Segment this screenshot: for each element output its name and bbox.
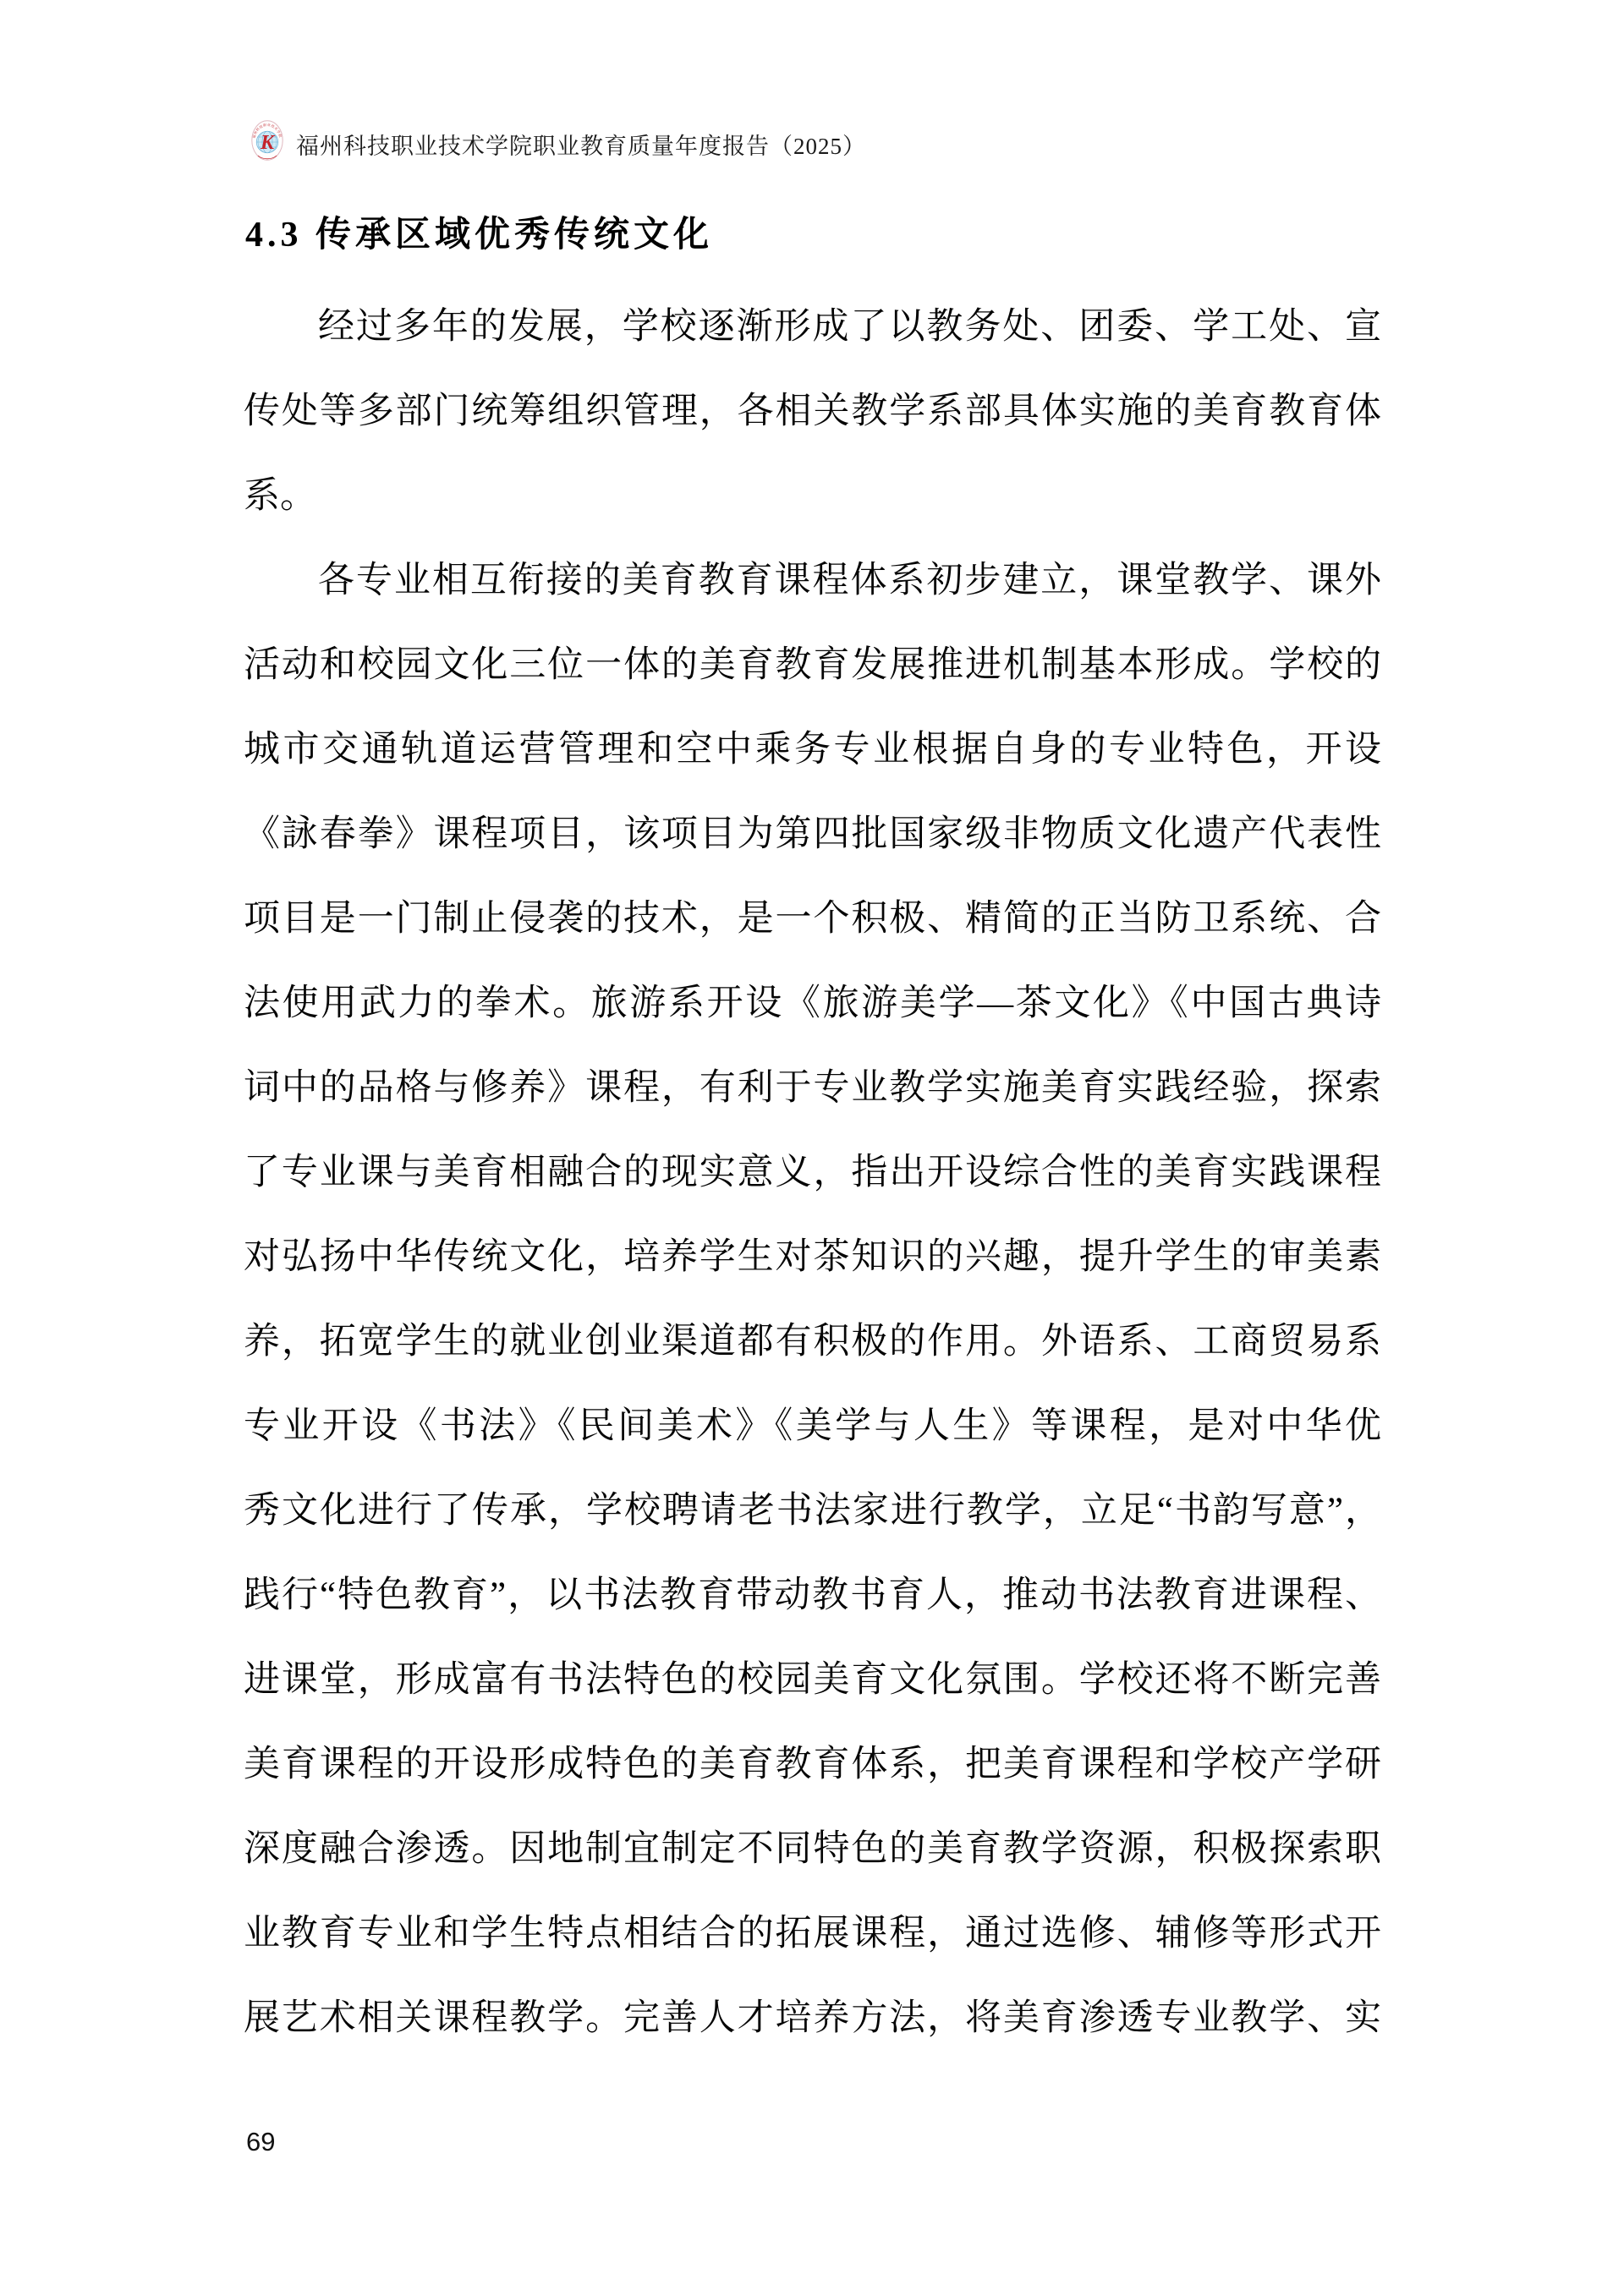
text-line: 展艺术相关课程教学。完善人才培养方法，将美育渗透专业教学、实 <box>244 1976 1381 2061</box>
page-header: 福州科技职业技术学院 K 福州科技职业技术学院职业教育质量年度报告（2025） <box>251 120 866 161</box>
document-page: 福州科技职业技术学院 K 福州科技职业技术学院职业教育质量年度报告（2025） … <box>0 0 1624 2296</box>
text-line: 秀文化进行了传承，学校聘请老书法家进行教学，立足“书韵写意”， <box>244 1469 1381 1553</box>
text-line: 项目是一门制止侵袭的技术，是一个积极、精简的正当防卫系统、合 <box>244 877 1381 962</box>
header-title: 福州科技职业技术学院职业教育质量年度报告（2025） <box>296 133 866 160</box>
text-line: 法使用武力的拳术。旅游系开设《旅游美学—茶文化》《中国古典诗 <box>244 962 1381 1046</box>
text-line: 深度融合渗透。因地制宜制定不同特色的美育教学资源，积极探索职 <box>244 1807 1381 1892</box>
text-line: 城市交通轨道运营管理和空中乘务专业根据自身的专业特色，开设 <box>244 708 1381 792</box>
text-line: 业教育专业和学生特点相结合的拓展课程，通过选修、辅修等形式开 <box>244 1892 1381 1976</box>
text-line: 经过多年的发展，学校逐渐形成了以教务处、团委、学工处、宣 <box>244 285 1381 370</box>
logo-k-letter: K <box>260 132 276 154</box>
text-line: 了专业课与美育相融合的现实意义，指出开设综合性的美育实践课程 <box>244 1131 1381 1215</box>
section-heading: 4.3 传承区域优秀传统文化 <box>245 215 713 255</box>
school-logo: 福州科技职业技术学院 K <box>251 120 283 161</box>
text-line: 专业开设《书法》《民间美术》《美学与人生》等课程，是对中华优 <box>244 1384 1381 1469</box>
text-line: 词中的品格与修养》课程，有利于专业教学实施美育实践经验，探索 <box>244 1046 1381 1131</box>
text-line: 践行“特色教育”，以书法教育带动教书育人，推动书法教育进课程、 <box>244 1553 1381 1638</box>
text-line: 养，拓宽学生的就业创业渠道都有积极的作用。外语系、工商贸易系 <box>244 1300 1381 1384</box>
text-line: 美育课程的开设形成特色的美育教育体系，把美育课程和学校产学研 <box>244 1723 1381 1807</box>
text-line: 系。 <box>244 454 1381 539</box>
text-line: 传处等多部门统筹组织管理，各相关教学系部具体实施的美育教育体 <box>244 370 1381 454</box>
text-line: 对弘扬中华传统文化，培养学生对茶知识的兴趣，提升学生的审美素 <box>244 1215 1381 1300</box>
page-number: 69 <box>246 2127 275 2157</box>
text-line: 活动和校园文化三位一体的美育教育发展推进机制基本形成。学校的 <box>244 623 1381 708</box>
text-line: 进课堂，形成富有书法特色的校园美育文化氛围。学校还将不断完善 <box>244 1638 1381 1723</box>
text-line: 各专业相互衔接的美育教育课程体系初步建立，课堂教学、课外 <box>244 539 1381 623</box>
body-text: 经过多年的发展，学校逐渐形成了以教务处、团委、学工处、宣传处等多部门统筹组织管理… <box>244 285 1381 2061</box>
text-line: 《詠春拳》课程项目，该项目为第四批国家级非物质文化遗产代表性 <box>244 792 1381 877</box>
